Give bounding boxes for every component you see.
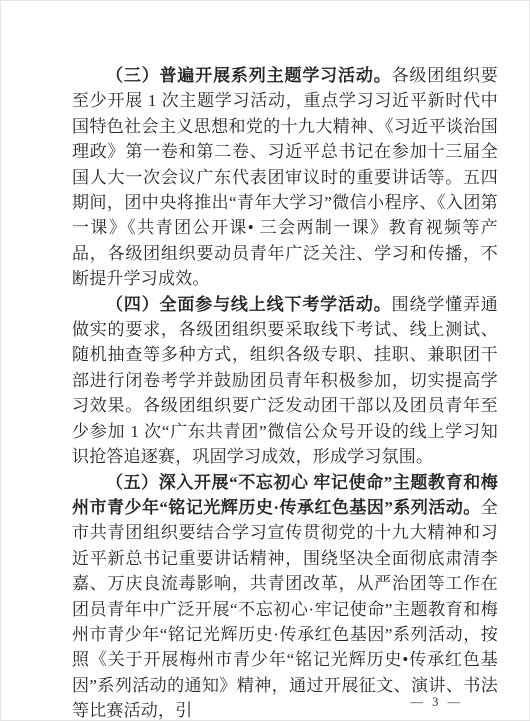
paragraph-section-4-text: 围绕学懂弄通做实的要求，各级团组织要采取线下考试、线上测试、随机抽查等多种方式，…: [72, 295, 498, 466]
paragraph-section-3: （三）普遍开展系列主题学习活动。各级团组织要至少开展 1 次主题学习活动，重点学…: [72, 63, 498, 292]
page-footer: — 3 —: [411, 695, 464, 710]
paragraph-section-5-heading: （五）深入开展“不忘初心 牢记使命”主题教育和梅州市青少年“铭记光辉历史·传承红…: [72, 473, 498, 517]
document-page: （三）普遍开展系列主题学习活动。各级团组织要至少开展 1 次主题学习活动，重点学…: [0, 0, 530, 721]
page-number: — 3 —: [411, 695, 464, 709]
paragraph-section-5: （五）深入开展“不忘初心 牢记使命”主题教育和梅州市青少年“铭记光辉历史·传承红…: [72, 470, 498, 721]
paragraph-section-4-heading: （四）全面参与线上线下考学活动。: [106, 295, 392, 314]
document-body: （三）普遍开展系列主题学习活动。各级团组织要至少开展 1 次主题学习活动，重点学…: [72, 63, 498, 721]
paragraph-section-3-heading: （三）普遍开展系列主题学习活动。: [106, 66, 392, 85]
paragraph-section-4: （四）全面参与线上线下考学活动。围绕学懂弄通做实的要求，各级团组织要采取线下考试…: [72, 292, 498, 470]
paragraph-section-3-text: 各级团组织要至少开展 1 次主题学习活动，重点学习习近平新时代中国特色社会主义思…: [72, 66, 498, 288]
paragraph-section-5-text: 全市共青团组织要结合学习宣传贯彻党的十九大精神和习近平新总书记重要讲话精神，围绕…: [72, 498, 498, 720]
